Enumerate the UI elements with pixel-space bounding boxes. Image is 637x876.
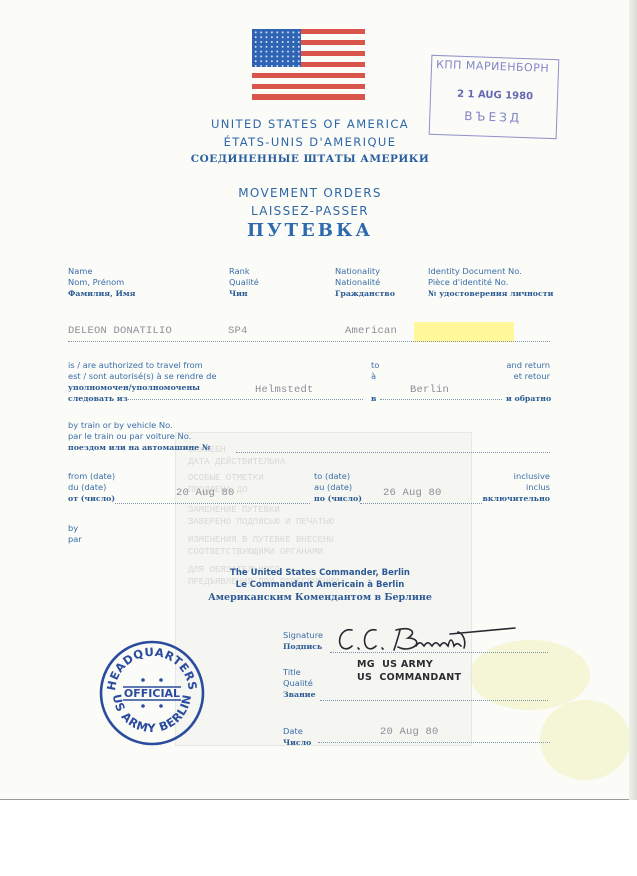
travel-to-underline <box>380 399 502 400</box>
seal-top-text: HEADQUARTERS <box>104 645 200 692</box>
date-ru: Число <box>283 737 311 748</box>
nationality-label-ru: Гражданство <box>335 288 395 299</box>
signature-ru: Подпись <box>283 641 323 652</box>
travel-return-ru: и обратно <box>506 393 551 404</box>
travel-to-fr: à <box>371 371 379 382</box>
name-label-fr: Nom, Prénom <box>68 277 135 288</box>
vehicle-en: by train or by vehicle No. <box>68 420 210 431</box>
authority-fr: Le Commandant Americain à Berlin <box>170 580 470 590</box>
vehicle-label-group: by train or by vehicle No. par le train … <box>68 420 210 453</box>
travel-from-ru1: уполномочен/уполномочены <box>68 382 217 393</box>
name-label-en: Name <box>68 266 135 277</box>
id-doc-label-group: Identity Document No. Pièce d'identité N… <box>428 266 553 299</box>
travel-return-en: and return <box>440 360 550 371</box>
travel-return-fr: et retour <box>440 371 550 382</box>
country-en: UNITED STATES OF AMERICA <box>160 117 460 131</box>
country-fr: ÉTATS-UNIS D'AMERIQUE <box>160 135 460 149</box>
date-underline <box>318 742 550 743</box>
vehicle-underline <box>236 452 550 453</box>
travel-return-label-group: and return et retour <box>440 360 550 382</box>
id-doc-label-fr: Pièce d'identité No. <box>428 277 553 288</box>
document-page: СЛУЖЕБН ДАТА ДЕЙСТВИТЕЛЬНА ОСОБЫЕ ОТМЕТК… <box>0 0 637 800</box>
title-ru: Звание <box>283 689 316 700</box>
date-from-fr: du (date) <box>68 482 115 493</box>
rank-value: SP4 <box>228 325 248 337</box>
title-value-line1: MG US ARMY <box>357 659 433 670</box>
date-value: 20 Aug 80 <box>380 726 439 738</box>
by-fr: par <box>68 534 82 545</box>
inclusive-fr: inclus <box>440 482 550 493</box>
date-label-group: Date Число <box>283 726 311 748</box>
ghost-text: ЗАВЕРЕНО ПОДПИСЬЮ И ПЕЧАТЬЮ <box>188 517 334 527</box>
title-value-line2: US COMMANDANT <box>357 672 461 683</box>
title-en: Title <box>283 667 316 678</box>
travel-from-fr: est / sont autorisé(s) à se rendre de <box>68 371 217 382</box>
authority-ru: Американским Комендантом в Берлине <box>170 592 470 603</box>
handwritten-signature <box>330 622 520 656</box>
signature-label-group: Signature Подпись <box>283 630 323 652</box>
rank-label-group: Rank Qualité Чин <box>229 266 259 299</box>
id-doc-redaction <box>414 322 514 342</box>
date-from-en: from (date) <box>68 471 115 482</box>
stamp-checkpoint: КПП МАРИЕНБОРН <box>436 58 549 75</box>
travel-to-ru: в <box>371 393 376 404</box>
id-doc-label-ru: № удостоверения личности <box>428 288 553 299</box>
travel-from-value: Helmstedt <box>255 384 314 396</box>
signature-en: Signature <box>283 630 323 641</box>
date-from-label-group: from (date) du (date) от (число) <box>68 471 115 504</box>
vehicle-ru: поездом или на автомашине № <box>68 442 210 453</box>
svg-text:HEADQUARTERS: HEADQUARTERS <box>104 645 200 692</box>
country-ru: СОЕДИНЕННЫЕ ШТАТЫ АМЕРИКИ <box>160 153 460 165</box>
rank-label-ru: Чин <box>229 288 259 299</box>
name-label-ru: Фамилия, Имя <box>68 288 135 299</box>
name-label-group: Name Nom, Prénom Фамилия, Имя <box>68 266 135 299</box>
travel-from-underline <box>128 399 363 400</box>
seal-center-text: OFFICIAL <box>124 687 180 700</box>
stamp-date: 2 1 AUG 1980 <box>457 89 533 103</box>
travel-from-en: is / are authorized to travel from <box>68 360 217 371</box>
rank-label-fr: Qualité <box>229 277 259 288</box>
us-flag-icon <box>252 29 365 100</box>
date-from-ru: от (число) <box>68 493 115 504</box>
by-en: by <box>68 523 82 534</box>
official-seal-stamp: HEADQUARTERS US ARMY BERLIN OFFICIAL <box>99 640 205 746</box>
date-en: Date <box>283 726 311 737</box>
date-from-underline <box>115 503 310 504</box>
fields-underline <box>68 341 550 342</box>
stamp-entry-label: ВЪЕЗД <box>464 109 522 125</box>
date-to-ru: по (число) <box>314 493 362 504</box>
date-to-label-group: to (date) au (date) по (число) <box>314 471 362 504</box>
date-to-value: 26 Aug 80 <box>383 487 442 499</box>
travel-from-label-group: is / are authorized to travel from est /… <box>68 360 217 404</box>
doc-title-en: MOVEMENT ORDERS <box>160 186 460 200</box>
inclusive-label-group: inclusive inclus включительно <box>440 471 550 504</box>
name-value: DELEON DONATILIO <box>68 325 172 337</box>
id-doc-label-en: Identity Document No. <box>428 266 553 277</box>
title-underline <box>320 700 548 701</box>
vehicle-fr: par le train ou par voiture No. <box>68 431 210 442</box>
authority-en: The United States Commander, Berlin <box>170 568 470 578</box>
date-to-en: to (date) <box>314 471 362 482</box>
doc-title-ru: ПУТЕВКА <box>160 220 460 241</box>
ghost-text: СООТВЕТСТВУЮЩИМИ ОРГАНАМИ <box>188 547 323 557</box>
nationality-label-en: Nationality <box>335 266 395 277</box>
ghost-text: ИЗМЕНЕНИЯ В ПУТЕВКЕ ВНЕСЕНЫ <box>188 535 334 545</box>
rank-label-en: Rank <box>229 266 259 277</box>
by-label-group: by par <box>68 523 82 545</box>
title-label-group: Title Qualité Звание <box>283 667 316 700</box>
nationality-label-group: Nationality Nationalité Гражданство <box>335 266 395 299</box>
ghost-text: ДАТА ДЕЙСТВИТЕЛЬНА <box>188 457 285 467</box>
inclusive-ru: включительно <box>440 493 550 504</box>
doc-title-fr: LAISSEZ-PASSER <box>160 204 460 218</box>
date-to-fr: au (date) <box>314 482 362 493</box>
paper-stain <box>540 700 630 780</box>
ghost-text: ЗАМЕНЕНИЕ ПУТЕВКИ <box>188 505 280 515</box>
travel-to-value: Berlin <box>410 384 449 396</box>
signature-underline <box>330 652 548 653</box>
inclusive-en: inclusive <box>440 471 550 482</box>
title-fr: Qualité <box>283 678 316 689</box>
travel-to-en: to <box>371 360 379 371</box>
nationality-value: American <box>345 325 397 337</box>
travel-to-label-group: to à <box>371 360 379 382</box>
date-from-value: 20 Aug 80 <box>176 487 235 499</box>
ghost-text: ОСОБЫЕ ОТМЕТКИ <box>188 473 264 483</box>
nationality-label-fr: Nationalité <box>335 277 395 288</box>
